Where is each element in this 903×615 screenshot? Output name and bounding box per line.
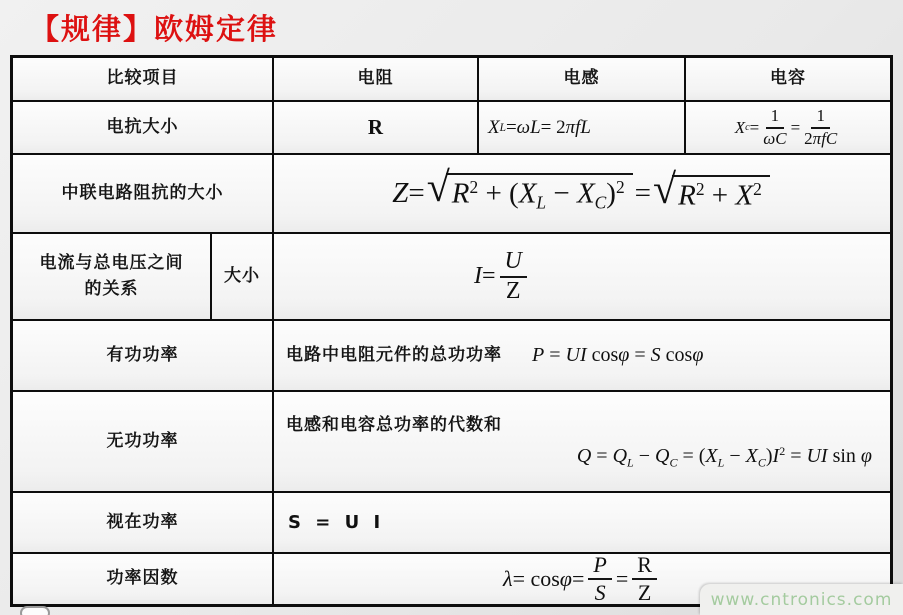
row-reactive-power: 无功功率 电感和电容总功率的代数和 Q = QL − QC = (XL − XC… (13, 392, 890, 493)
reactance-resistance-value: R (274, 102, 479, 153)
comparison-table: 比较项目 电阻 电感 电容 电抗大小 R XL = ωL = 2πfL Xc =… (10, 55, 893, 607)
active-power-formula: P = UI cosφ = S cosφ (532, 344, 703, 367)
table-header-row: 比较项目 电阻 电感 电容 (13, 58, 890, 102)
current-voltage-sub-label: 大小 (212, 234, 272, 319)
reactive-power-formula: Q = QL − QC = (XL − XC)I2 = UI sin φ (577, 444, 890, 470)
watermark-text: www.cntronics.com (711, 590, 893, 610)
reactance-capacitance-formula: Xc = 1ωC = 12πfC (686, 102, 890, 153)
current-voltage-label-line2: 的关系 (85, 277, 139, 303)
row-impedance: 中联电路阻抗的大小 Z = √R2 + (XL − XC)2 = √R2 + X… (13, 155, 890, 234)
reactive-power-cell: 电感和电容总功率的代数和 Q = QL − QC = (XL − XC)I2 =… (274, 392, 890, 491)
row-current-voltage: 电流与总电压之间 的关系 大小 I = UZ (13, 234, 890, 321)
row-apparent-power: 视在功率 S = U I (13, 493, 890, 554)
corner-pill-decoration (20, 606, 50, 615)
impedance-formula: Z = √R2 + (XL − XC)2 = √R2 + X2 (274, 155, 890, 232)
watermark-panel: www.cntronics.com (700, 584, 903, 615)
apparent-power-label: 视在功率 (13, 493, 274, 552)
row-reactance: 电抗大小 R XL = ωL = 2πfL Xc = 1ωC = 12πfC (13, 102, 890, 155)
header-cell-capacitance: 电容 (686, 58, 890, 100)
apparent-power-formula: S = U I (288, 512, 384, 533)
power-factor-label: 功率因数 (13, 554, 274, 604)
reactive-power-label: 无功功率 (13, 392, 274, 491)
header-cell-compare-item: 比较项目 (13, 58, 274, 100)
active-power-cell: 电路中电阻元件的总功功率 P = UI cosφ = S cosφ (274, 321, 890, 390)
apparent-power-cell: S = U I (274, 493, 890, 552)
impedance-label: 中联电路阻抗的大小 (13, 155, 274, 232)
active-power-label: 有功功率 (13, 321, 274, 390)
reactance-inductance-formula: XL = ωL = 2πfL (479, 102, 686, 153)
active-power-description: 电路中电阻元件的总功功率 (286, 343, 502, 369)
current-voltage-label-cell: 电流与总电压之间 的关系 大小 (13, 234, 274, 319)
page-title: 【规律】欧姆定律 (30, 7, 278, 48)
reactance-label: 电抗大小 (13, 102, 274, 153)
header-cell-resistance: 电阻 (274, 58, 479, 100)
row-active-power: 有功功率 电路中电阻元件的总功功率 P = UI cosφ = S cosφ (13, 321, 890, 392)
current-voltage-label-line1: 电流与总电压之间 (40, 251, 184, 277)
reactive-power-description: 电感和电容总功率的代数和 (274, 413, 890, 439)
current-voltage-label: 电流与总电压之间 的关系 (13, 234, 212, 319)
current-formula: I = UZ (274, 234, 890, 319)
header-cell-inductance: 电感 (479, 58, 686, 100)
